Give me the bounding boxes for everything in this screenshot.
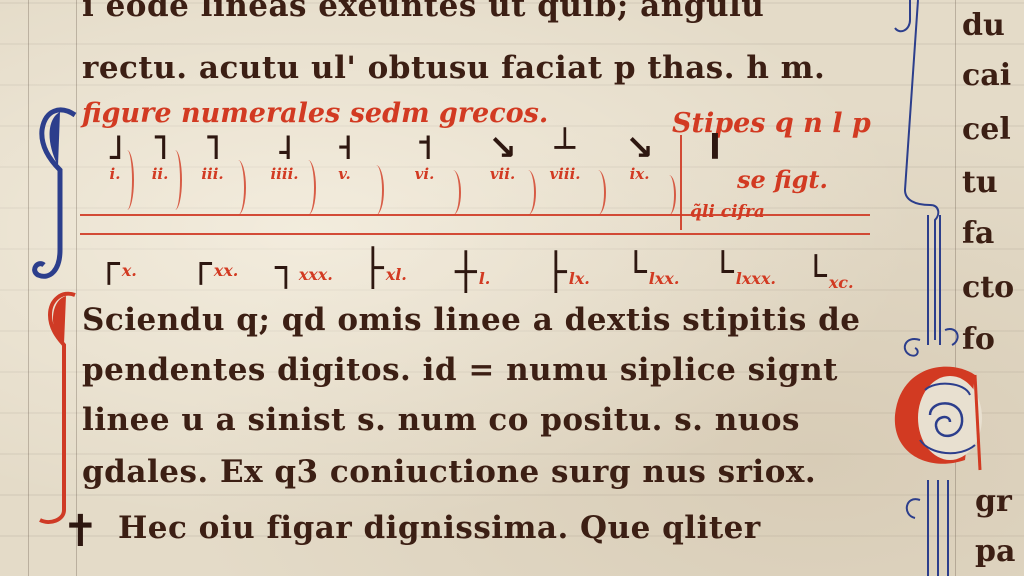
separator-arc <box>662 175 676 215</box>
numeral-label: vii. <box>480 166 525 182</box>
paragraph-line-1: Sciendu q; qd omis linee a dextis stipit… <box>82 302 861 338</box>
numeral-7: ↘vii. <box>480 130 525 182</box>
separator-arc <box>445 170 461 215</box>
numeral-30: ┐xxx. <box>275 248 333 289</box>
numeral-glyph: ┐ <box>275 248 297 289</box>
numeral-label: xc. <box>829 273 854 292</box>
numeral-glyph: ├ <box>362 248 384 289</box>
numeral-5: ˧v. <box>322 130 367 182</box>
rubric-note: se figt. <box>737 165 828 194</box>
numeral-label: ix. <box>617 166 662 182</box>
separator-arc <box>520 170 536 215</box>
numeral-glyph: ↘ <box>617 130 662 166</box>
initial-letter-c-icon <box>890 360 1000 475</box>
right-column-line: fo <box>962 322 995 357</box>
right-column-line: fa <box>962 216 994 251</box>
rubric-sub: q̃li cifra <box>690 202 765 222</box>
numeral-9: ↘ix. <box>617 130 662 182</box>
numeral-glyph: ˧ <box>322 130 367 166</box>
numeral-label: viii. <box>540 166 590 182</box>
numeral-70: └lxx. <box>625 252 679 293</box>
paragraph-marks-icon <box>20 100 80 530</box>
numeral-label: xx. <box>214 261 239 280</box>
numeral-3: ˥iii. <box>190 130 235 182</box>
separator-arc <box>590 170 606 215</box>
right-column-line: cel <box>962 112 1011 147</box>
numeral-40: ├xl. <box>362 248 407 289</box>
numeral-glyph: ┴ <box>540 130 590 166</box>
separator-arc <box>120 150 134 210</box>
numeral-90: └xc. <box>805 256 854 297</box>
numeral-glyph: l <box>700 130 730 166</box>
separator-arc <box>168 150 182 210</box>
right-column-line: du <box>962 8 1005 43</box>
numeral-60: ├lx. <box>545 252 590 293</box>
right-column-line: cai <box>962 58 1011 93</box>
numeral-glyph: ├ <box>545 252 567 293</box>
flourish-border-icon <box>890 0 965 576</box>
numeral-glyph: ┌ <box>98 244 120 285</box>
separator-arc <box>230 160 246 215</box>
numeral-20: ┌xx. <box>190 244 238 285</box>
numeral-label: lx. <box>569 269 590 288</box>
numeral-glyph: ┼ <box>455 252 477 293</box>
rubric-heading: figure numerales sedm grecos. <box>82 98 548 129</box>
right-column-line: gr <box>975 484 1012 519</box>
numeral-stipes: l <box>700 130 730 166</box>
numeral-glyph: ˦ <box>402 130 447 166</box>
separator-arc <box>300 160 316 215</box>
numeral-8: ┴viii. <box>540 130 590 182</box>
paragraph-line-2: pendentes digitos. id = numu siplice sig… <box>82 352 838 388</box>
numeral-glyph: ┌ <box>190 244 212 285</box>
table-rule-2 <box>80 233 870 235</box>
table-rule-1 <box>80 214 870 216</box>
numeral-label: vi. <box>402 166 447 182</box>
numeral-label: lxx. <box>649 269 680 288</box>
numeral-glyph: ˥ <box>190 130 235 166</box>
numeral-label: lxxx. <box>736 269 776 288</box>
text-line-1: i eode lineas exeuntes ut quib; angulu <box>82 0 764 24</box>
numeral-glyph: └ <box>712 252 734 293</box>
right-column-line: cto <box>962 270 1014 305</box>
numeral-glyph: ↘ <box>480 130 525 166</box>
numeral-label: iii. <box>190 166 235 182</box>
paragraph-line-4: gdales. Ex q3 coniuctione surg nus sriox… <box>82 454 816 490</box>
numeral-label: x. <box>122 261 137 280</box>
numeral-label: xxx. <box>299 265 333 284</box>
separator-arc <box>368 165 384 215</box>
numeral-glyph: └ <box>805 256 827 297</box>
right-column-line: pa <box>975 534 1015 569</box>
numeral-label: v. <box>322 166 367 182</box>
numeral-label: l. <box>479 269 491 288</box>
numeral-80: └lxxx. <box>712 252 776 293</box>
numeral-10: ┌x. <box>98 244 137 285</box>
numeral-50: ┼l. <box>455 252 490 293</box>
text-line-2: rectu. acutu ul' obtusu faciat p thas. h… <box>82 50 825 86</box>
numeral-glyph: └ <box>625 252 647 293</box>
numeral-label: xl. <box>386 265 407 284</box>
paragraph-line-3: linee u a sinist s. num co positu. s. nu… <box>82 402 800 438</box>
paragraph-line-5: Hec oiu figar dignissima. Que qliter <box>118 510 761 546</box>
right-column-line: tu <box>962 165 998 200</box>
numeral-6: ˦vi. <box>402 130 447 182</box>
